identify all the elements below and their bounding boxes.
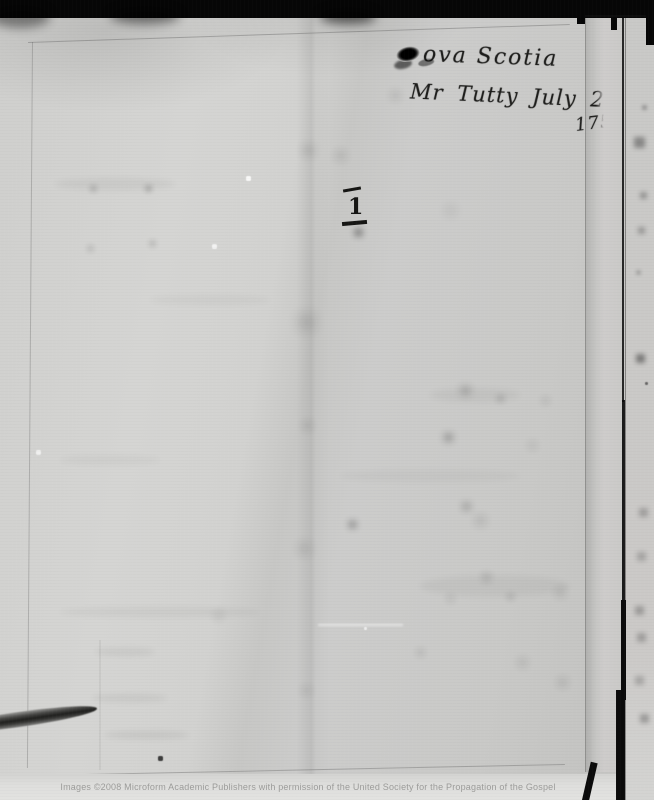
page-gap-notch [577, 10, 585, 24]
bleedthrough-smear [55, 178, 175, 190]
page-gap-notch [646, 12, 654, 45]
bleedthrough-smear [420, 575, 570, 597]
fold-crease [296, 14, 330, 774]
bleedthrough-smear [104, 731, 189, 739]
microfilm-scan: ova Scotia Mr Tutty July 28 1750 1 Image… [0, 0, 654, 800]
adjacent-page-edge [625, 16, 654, 800]
handwriting-header-text: ova Scotia [423, 42, 559, 72]
film-scratch [318, 624, 403, 626]
gutter-shadow [616, 690, 625, 800]
band-smudge [110, 8, 180, 24]
caption-strip: Images ©2008 Microform Academic Publishe… [0, 774, 616, 800]
ink-blot-icon [395, 44, 422, 64]
page-top-edge-line [585, 15, 646, 17]
bleedthrough-smear [60, 607, 260, 617]
page-number: 1 [348, 194, 363, 220]
bleedthrough-smear [92, 694, 167, 702]
bleedthrough-smear [60, 455, 160, 465]
gutter-shadow [622, 18, 624, 402]
page-fore-edge [585, 18, 626, 772]
bleedthrough-smear [340, 470, 520, 482]
bleedthrough-smear [95, 648, 155, 656]
bleedthrough-smear [150, 295, 270, 305]
faint-fold-line [99, 640, 101, 770]
bleedthrough-smear [430, 388, 520, 402]
copyright-caption: Images ©2008 Microform Academic Publishe… [0, 782, 616, 792]
gutter-shadow [621, 600, 626, 700]
gutter-shadow [622, 400, 625, 602]
band-smudge [320, 10, 376, 24]
